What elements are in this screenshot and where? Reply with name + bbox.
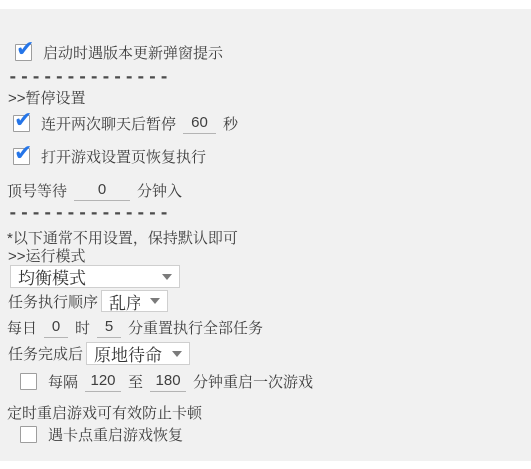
chevron-down-icon [162,274,172,280]
daily-reset-p2: 时 [75,317,90,338]
task-done-label: 任务完成后 [8,343,83,364]
startup-popup-row[interactable]: 启动时遇版本更新弹窗提示 [15,42,223,63]
task-done-dropdown[interactable]: 原地待命 [86,342,190,365]
restart-interval-p1: 每隔 [48,371,78,392]
task-order-row: 任务执行顺序 乱序 [8,290,168,312]
kick-wait-row: 顶号等待 分钟入 [7,180,182,201]
settings-resume-label: 打开游戏设置页恢复执行 [41,146,206,167]
run-mode-dropdown[interactable]: 均衡模式 [10,265,180,288]
restart-interval-p2: 至 [128,371,143,392]
run-mode-header: >>运行模式 [8,245,86,266]
restart-interval-p3: 分钟重启一次游戏 [193,371,313,392]
task-order-dropdown[interactable]: 乱序 [101,290,168,312]
chat-pause-row[interactable]: 连开两次聊天后暂停 秒 [13,113,238,134]
chat-pause-suffix: 秒 [223,113,238,134]
task-order-value: 乱序 [109,289,140,314]
restart-interval-max-input[interactable] [150,372,186,392]
startup-popup-label: 启动时遇版本更新弹窗提示 [43,42,223,63]
daily-reset-p3: 分重置执行全部任务 [128,317,263,338]
daily-reset-p1: 每日 [7,317,37,338]
stuck-restart-checkbox[interactable] [20,426,37,443]
daily-reset-minute-input[interactable] [97,318,121,338]
settings-resume-checkbox[interactable] [13,148,30,165]
stuck-restart-row[interactable]: 遇卡点重启游戏恢复 [20,424,183,445]
section-separator: -------------- [8,208,171,218]
settings-resume-row[interactable]: 打开游戏设置页恢复执行 [13,146,206,167]
kick-wait-suffix: 分钟入 [137,180,182,201]
chat-pause-seconds-input[interactable] [183,114,216,134]
settings-screen: 启动时遇版本更新弹窗提示 -------------- >>暂停设置 连开两次聊… [0,0,531,469]
run-mode-value: 均衡模式 [18,264,86,289]
startup-popup-checkbox[interactable] [15,44,32,61]
kick-wait-minutes-input[interactable] [74,181,130,201]
daily-reset-row: 每日 时 分重置执行全部任务 [7,317,263,338]
task-order-label: 任务执行顺序 [8,291,98,312]
separator-dashes: -------------- [8,208,171,218]
restart-interval-checkbox[interactable] [20,373,37,390]
kick-wait-prefix: 顶号等待 [7,180,67,201]
stuck-restart-label: 遇卡点重启游戏恢复 [48,424,183,445]
restart-interval-min-input[interactable] [85,372,121,392]
chevron-down-icon [172,351,182,357]
task-done-row: 任务完成后 原地待命 [8,342,190,365]
daily-reset-hour-input[interactable] [44,318,68,338]
restart-interval-row[interactable]: 每隔 至 分钟重启一次游戏 [20,371,313,392]
settings-panel: 启动时遇版本更新弹窗提示 -------------- >>暂停设置 连开两次聊… [0,9,531,461]
task-done-value: 原地待命 [94,341,162,366]
section-separator: -------------- [8,72,171,82]
separator-dashes: -------------- [8,72,171,82]
restart-note: 定时重启游戏可有效防止卡顿 [7,402,202,423]
chevron-down-icon [150,298,160,304]
chat-pause-label: 连开两次聊天后暂停 [41,113,176,134]
pause-section-header: >>暂停设置 [8,87,86,108]
chat-pause-checkbox[interactable] [13,115,30,132]
